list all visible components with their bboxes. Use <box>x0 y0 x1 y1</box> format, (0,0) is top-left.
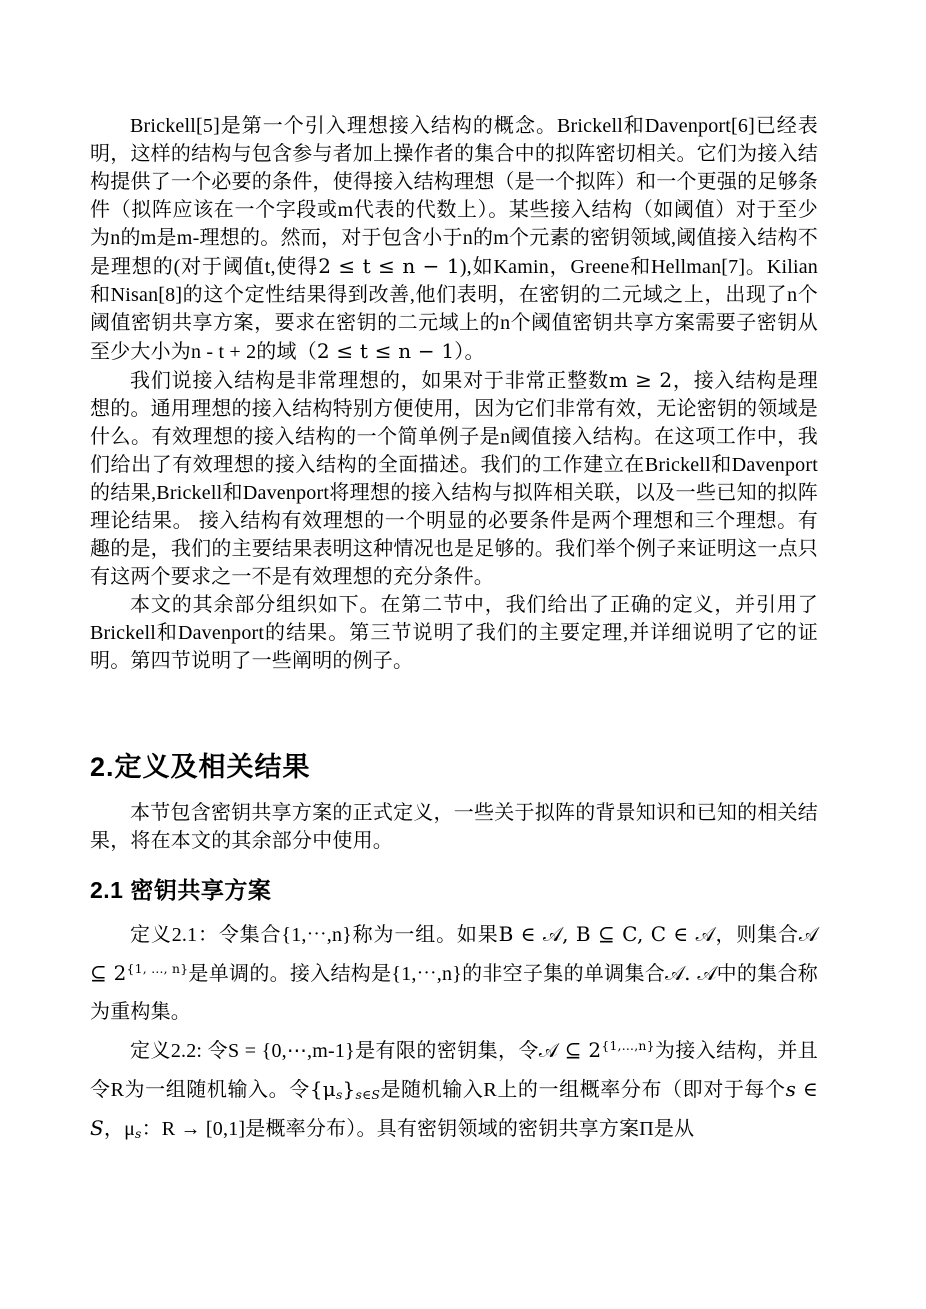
math-run: {1,…,n} <box>601 1038 654 1053</box>
math-run: 2 ≤ t ≤ n − 1 <box>318 254 460 278</box>
text-run: ，接入结构是理想的。通用理想的接入结构特别方便使用，因为它们非常有效，无论密钥的… <box>90 370 818 588</box>
paragraph-organization: 本文的其余部分组织如下。在第二节中，我们给出了正确的定义，并引用了Brickel… <box>90 591 818 675</box>
text-run: ，则集合 <box>715 924 799 946</box>
text-run: 本文的其余部分组织如下。在第二节中，我们给出了正确的定义，并引用了Brickel… <box>90 594 818 672</box>
text-run: 是单调的。接入结构是{1,⋯,n}的非空子集的单调集合 <box>188 963 665 985</box>
text-run: 定义2.1：令集合{1,⋯,n}称为一组。如果 <box>130 924 499 946</box>
section-2-heading: 2.定义及相关结果 <box>90 749 818 785</box>
section-2-intro-paragraph: 本节包含密钥共享方案的正式定义，一些关于拟阵的背景知识和已知的相关结果，将在本文… <box>90 799 818 855</box>
math-run: {1, …, n} <box>127 961 189 976</box>
paragraph-ideal-structures: 我们说接入结构是非常理想的，如果对于非常正整数m ≥ 2，接入结构是理想的。通用… <box>90 366 818 591</box>
document-page: Brickell[5]是第一个引入理想接入结构的概念。Brickell和Dave… <box>0 0 926 1309</box>
math-run: s∈S <box>355 1087 380 1102</box>
definition-2-2-paragraph: 定义2.2: 令S = {0,⋯,m-1}是有限的密钥集，令𝒜 ⊆ 2{1,…,… <box>90 1031 818 1148</box>
paragraph-brickell-intro: Brickell[5]是第一个引入理想接入结构的概念。Brickell和Dave… <box>90 112 818 366</box>
text-run: 我们说接入结构是非常理想的，如果对于非常正整数 <box>130 370 609 392</box>
text-run: 本节包含密钥共享方案的正式定义，一些关于拟阵的背景知识和已知的相关结果，将在本文… <box>90 802 818 852</box>
math-run: 2 ≤ t ≤ n − 1 <box>317 339 454 363</box>
math-run: B ∈ 𝒜, B ⊆ C, C ∈ 𝒜 <box>499 922 715 946</box>
section-2-1-heading: 2.1 密钥共享方案 <box>90 873 818 907</box>
text-run: 是随机输入R上的一组概率分布（即对于每个 <box>380 1079 786 1101</box>
definition-2-1-paragraph: 定义2.1：令集合{1,⋯,n}称为一组。如果B ∈ 𝒜, B ⊆ C, C ∈… <box>90 915 818 1031</box>
text-run: ：R → [0,1]是概率分布）。具有密钥领域的密钥共享方案Π是从 <box>142 1118 695 1140</box>
math-run: 𝒜. 𝒜 <box>665 961 716 985</box>
math-run: 𝒜 ⊆ 2 <box>539 1038 602 1062</box>
math-run: {μ <box>310 1077 336 1101</box>
text-run: ）。 <box>454 341 484 363</box>
text-column: Brickell[5]是第一个引入理想接入结构的概念。Brickell和Dave… <box>90 112 818 1148</box>
math-run: } <box>343 1077 356 1101</box>
text-run: ，μ <box>104 1118 135 1140</box>
math-run: m ≥ 2 <box>609 368 672 392</box>
text-run: 定义2.2: 令S = {0,⋯,m-1}是有限的密钥集，令 <box>130 1040 539 1062</box>
